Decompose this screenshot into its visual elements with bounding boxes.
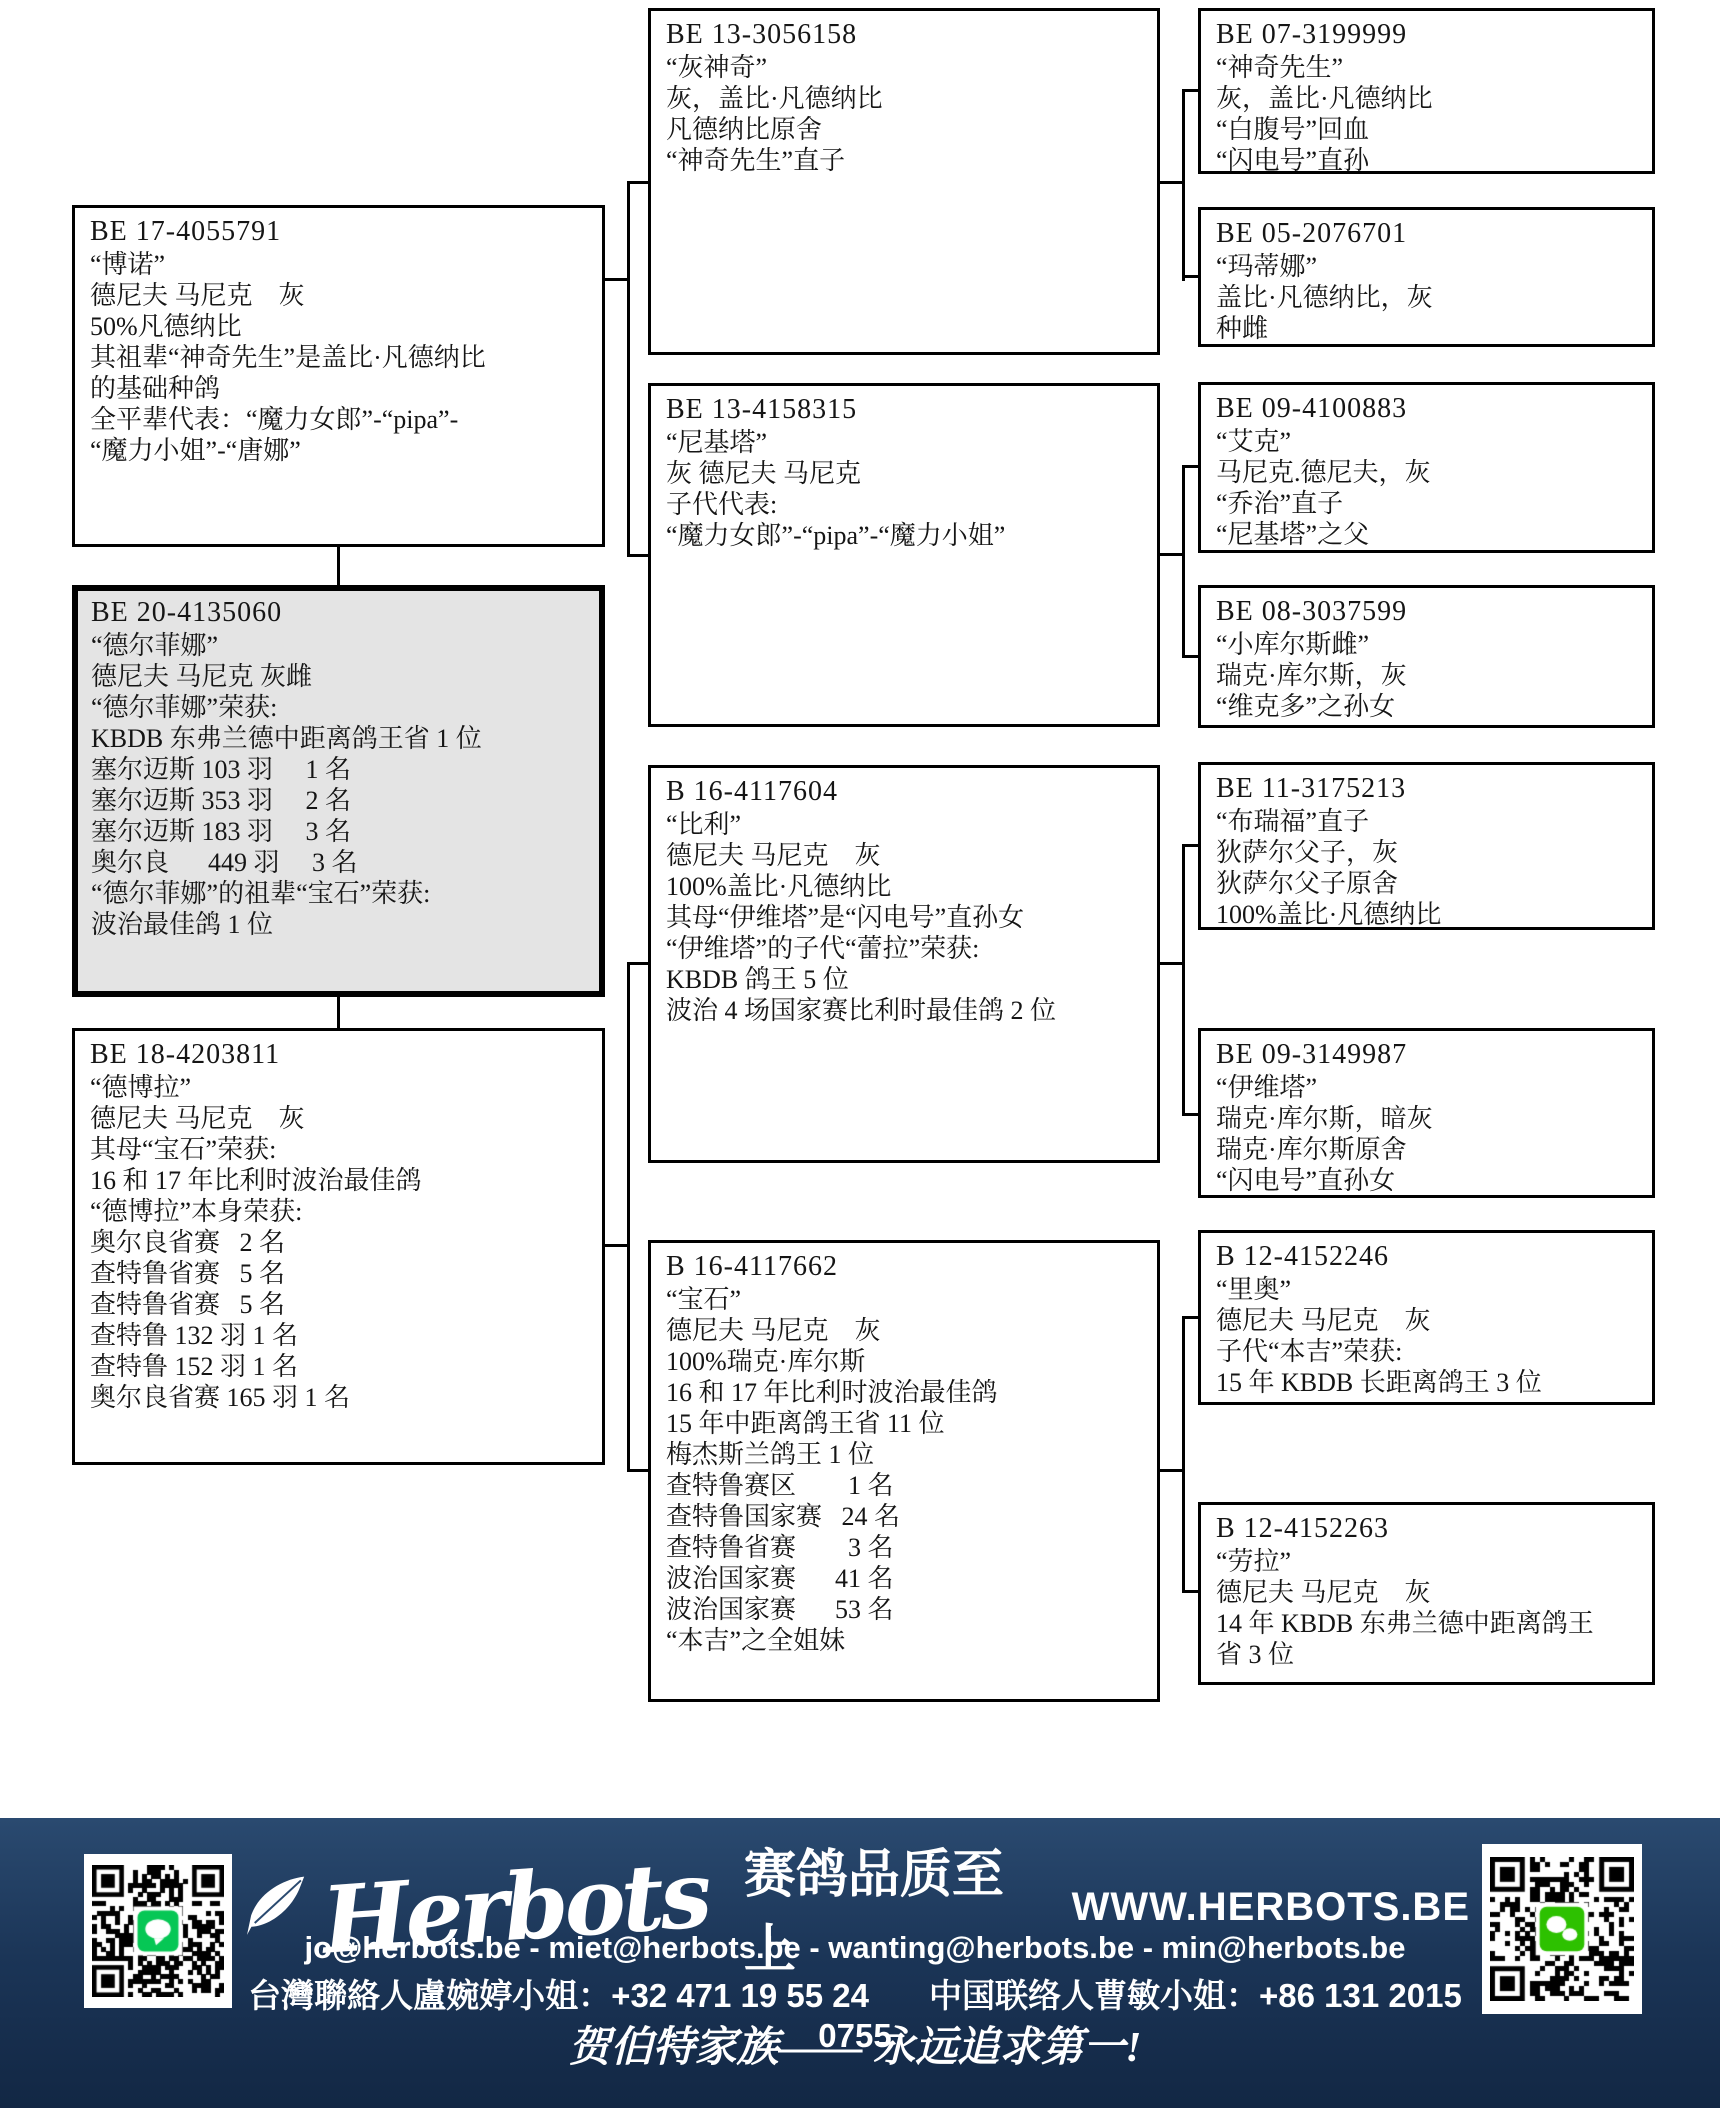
ring-number: BE 18-4203811 — [90, 1038, 592, 1072]
connector-line — [1182, 844, 1185, 1116]
pedigree-box-r8: B 12-4152263“劳拉”德尼夫 马尼克 灰14 年 KBDB 东弗兰德中… — [1198, 1502, 1655, 1685]
pedigree-text-line: 全平辈代表：“魔力女郎”-“pipa”- — [90, 404, 592, 435]
pedigree-text-line: 德尼夫 马尼克 灰雌 — [91, 661, 591, 692]
pedigree-text-line: 波治国家赛 41 名 — [666, 1563, 1147, 1594]
pedigree-text-line: “艾克” — [1216, 426, 1642, 457]
pedigree-text-line: 灰，盖比·凡德纳比 — [1216, 83, 1642, 114]
pedigree-text-line: 瑞克·库尔斯原舍 — [1216, 1134, 1642, 1165]
ring-number: BE 13-3056158 — [666, 18, 1147, 52]
pedigree-text-line: 查特鲁国家赛 24 名 — [666, 1501, 1147, 1532]
pedigree-text-line: 灰 德尼夫 马尼克 — [666, 458, 1147, 489]
connector-line — [627, 181, 648, 184]
pedigree-box-subject: BE 20-4135060“德尔菲娜”德尼夫 马尼克 灰雌“德尔菲娜”荣获:KB… — [72, 585, 605, 997]
pedigree-text-line: 查特鲁省赛 5 名 — [90, 1258, 592, 1289]
pedigree-text-line: “神奇先生”直子 — [666, 145, 1147, 176]
pedigree-text-line: “劳拉” — [1216, 1546, 1642, 1577]
line-qr-code — [84, 1854, 232, 2008]
connector-line — [1160, 553, 1184, 556]
pedigree-text-line: “尼基塔”之父 — [1216, 519, 1642, 550]
pedigree-text-line: KBDB 鸽王 5 位 — [666, 964, 1147, 995]
pedigree-text-line: 种雌 — [1216, 313, 1642, 344]
pedigree-text-line: “宝石” — [666, 1284, 1147, 1315]
pedigree-text-line: “本吉”之全姐妹 — [666, 1625, 1147, 1656]
pedigree-text-line: “小库尔斯雌” — [1216, 629, 1642, 660]
connector-line — [1160, 962, 1184, 965]
pedigree-text-line: 波治国家赛 53 名 — [666, 1594, 1147, 1625]
connector-line — [627, 962, 648, 965]
pedigree-box-r1: BE 07-3199999“神奇先生”灰，盖比·凡德纳比“白腹号”回血“闪电号”… — [1198, 8, 1655, 174]
pedigree-text-line: “维克多”之孙女 — [1216, 691, 1642, 722]
pedigree-text-line: 子代代表: — [666, 489, 1147, 520]
connector-line — [1182, 275, 1200, 278]
pedigree-text-line: 其母“伊维塔”是“闪电号”直孙女 — [666, 902, 1147, 933]
pedigree-text-line: “闪电号”直孙 — [1216, 145, 1642, 176]
pedigree-text-line: “伊维塔” — [1216, 1072, 1642, 1103]
pedigree-text-line: 盖比·凡德纳比，灰 — [1216, 282, 1642, 313]
pedigree-text-line: “博诺” — [90, 249, 592, 280]
ring-number: BE 07-3199999 — [1216, 18, 1642, 52]
connector-line — [1160, 1469, 1184, 1472]
pedigree-text-line: 奥尔良省赛 2 名 — [90, 1227, 592, 1258]
pedigree-text-line: 其祖辈“神奇先生”是盖比·凡德纳比 — [90, 342, 592, 373]
connector-line — [605, 278, 629, 281]
pedigree-text-line: 查特鲁赛区 1 名 — [666, 1470, 1147, 1501]
ring-number: BE 13-4158315 — [666, 393, 1147, 427]
pedigree-text-line: 狄萨尔父子原舍 — [1216, 868, 1642, 899]
connector-line — [1182, 1113, 1200, 1116]
pedigree-text-line: 波治最佳鸽 1 位 — [91, 909, 591, 940]
pedigree-text-line: “伊维塔”的子代“蕾拉”荣获: — [666, 933, 1147, 964]
connector-line — [1182, 655, 1200, 658]
ring-number: BE 09-3149987 — [1216, 1038, 1642, 1072]
pedigree-text-line: 德尼夫 马尼克 灰 — [90, 1103, 592, 1134]
pedigree-box-m4: B 16-4117662“宝石”德尼夫 马尼克 灰100%瑞克·库尔斯16 和 … — [648, 1240, 1160, 1702]
pedigree-text-line: “灰神奇” — [666, 52, 1147, 83]
pedigree-text-line: “德尔菲娜” — [91, 630, 591, 661]
connector-line — [1160, 181, 1184, 184]
connector-line — [1182, 89, 1185, 281]
pedigree-text-line: 省 3 位 — [1216, 1639, 1642, 1670]
footer-emails: jo@herbots.be - miet@herbots.be - wantin… — [240, 1930, 1470, 1966]
connector-line — [627, 962, 630, 1472]
pedigree-text-line: 塞尔迈斯 353 羽 2 名 — [91, 785, 591, 816]
connector-line — [627, 181, 630, 557]
pedigree-text-line: 其母“宝石”荣获: — [90, 1134, 592, 1165]
pedigree-text-line: “神奇先生” — [1216, 52, 1642, 83]
pedigree-text-line: 波治 4 场国家赛比利时最佳鸽 2 位 — [666, 995, 1147, 1026]
pedigree-text-line: 塞尔迈斯 183 羽 3 名 — [91, 816, 591, 847]
pedigree-text-line: “白腹号”回血 — [1216, 114, 1642, 145]
pedigree-text-line: 德尼夫 马尼克 灰 — [666, 840, 1147, 871]
pedigree-text-line: 塞尔迈斯 103 羽 1 名 — [91, 754, 591, 785]
pedigree-text-line: 15 年 KBDB 长距离鸽王 3 位 — [1216, 1367, 1642, 1398]
pedigree-text-line: 查特鲁省赛 3 名 — [666, 1532, 1147, 1563]
pedigree-text-line: 奥尔良 449 羽 3 名 — [91, 847, 591, 878]
pedigree-text-line: “德博拉”本身荣获: — [90, 1196, 592, 1227]
pedigree-text-line: 16 和 17 年比利时波治最佳鸽 — [666, 1377, 1147, 1408]
ring-number: B 12-4152263 — [1216, 1512, 1642, 1546]
ring-number: BE 09-4100883 — [1216, 392, 1642, 426]
connector-line — [1182, 465, 1185, 658]
connector-line — [337, 547, 340, 587]
pedigree-text-line: “德尔菲娜”的祖辈“宝石”荣获: — [91, 878, 591, 909]
pedigree-text-line: 50%凡德纳比 — [90, 311, 592, 342]
connector-line — [337, 995, 340, 1030]
connector-line — [1182, 465, 1200, 468]
wechat-qr-code — [1482, 1844, 1642, 2014]
pedigree-text-line: “玛蒂娜” — [1216, 251, 1642, 282]
pedigree-text-line: 查特鲁省赛 5 名 — [90, 1289, 592, 1320]
pedigree-text-line: 奥尔良省赛 165 羽 1 名 — [90, 1382, 592, 1413]
website-url: WWW.HERBOTS.BE — [1072, 1885, 1470, 1930]
pedigree-text-line: 15 年中距离鸽王省 11 位 — [666, 1408, 1147, 1439]
pedigree-box-dam: BE 18-4203811“德博拉”德尼夫 马尼克 灰其母“宝石”荣获:16 和… — [72, 1028, 605, 1465]
pedigree-text-line: 100%盖比·凡德纳比 — [666, 871, 1147, 902]
ring-number: BE 08-3037599 — [1216, 595, 1642, 629]
pedigree-text-line: “德博拉” — [90, 1072, 592, 1103]
pedigree-box-m1: BE 13-3056158“灰神奇”灰，盖比·凡德纳比凡德纳比原舍“神奇先生”直… — [648, 8, 1160, 355]
pedigree-box-m3: B 16-4117604“比利”德尼夫 马尼克 灰100%盖比·凡德纳比其母“伊… — [648, 765, 1160, 1163]
pedigree-text-line: 16 和 17 年比利时波治最佳鸽 — [90, 1165, 592, 1196]
pedigree-text-line: KBDB 东弗兰德中距离鸽王省 1 位 — [91, 723, 591, 754]
contact-taiwan: 台灣聯絡人盧婉婷小姐：+32 471 19 55 24 — [248, 1977, 869, 2014]
pedigree-text-line: 瑞克·库尔斯，暗灰 — [1216, 1103, 1642, 1134]
line-qr-canvas — [92, 1865, 224, 1997]
pedigree-text-line: 瑞克·库尔斯，灰 — [1216, 660, 1642, 691]
pedigree-chart: BE 17-4055791“博诺”德尼夫 马尼克 灰50%凡德纳比其祖辈“神奇先… — [0, 0, 1720, 2108]
pedigree-text-line: 德尼夫 马尼克 灰 — [90, 280, 592, 311]
connector-line — [627, 554, 648, 557]
footer-banner: Herbots 赛鸽品质至上 WWW.HERBOTS.BE jo@herbots… — [0, 1818, 1720, 2108]
connector-line — [605, 1244, 629, 1247]
pedigree-text-line: 梅杰斯兰鸽王 1 位 — [666, 1439, 1147, 1470]
pedigree-text-line: “尼基塔” — [666, 427, 1147, 458]
ring-number: BE 17-4055791 — [90, 215, 592, 249]
ring-number: BE 05-2076701 — [1216, 217, 1642, 251]
pedigree-text-line: “德尔菲娜”荣获: — [91, 692, 591, 723]
pedigree-text-line: 100%盖比·凡德纳比 — [1216, 899, 1642, 930]
pedigree-box-r2: BE 05-2076701“玛蒂娜”盖比·凡德纳比，灰种雌 — [1198, 207, 1655, 347]
pedigree-box-r7: B 12-4152246“里奥”德尼夫 马尼克 灰子代“本吉”荣获:15 年 K… — [1198, 1230, 1655, 1405]
pedigree-text-line: 德尼夫 马尼克 灰 — [666, 1315, 1147, 1346]
pedigree-text-line: 14 年 KBDB 东弗兰德中距离鸽王 — [1216, 1608, 1642, 1639]
pedigree-box-r5: BE 11-3175213“布瑞福”直子狄萨尔父子，灰狄萨尔父子原舍100%盖比… — [1198, 762, 1655, 930]
connector-line — [1182, 1590, 1200, 1593]
pedigree-text-line: 灰，盖比·凡德纳比 — [666, 83, 1147, 114]
pedigree-box-r4: BE 08-3037599“小库尔斯雌”瑞克·库尔斯，灰“维克多”之孙女 — [1198, 585, 1655, 728]
pedigree-text-line: 查特鲁 132 羽 1 名 — [90, 1320, 592, 1351]
pedigree-box-r3: BE 09-4100883“艾克”马尼克.德尼夫，灰“乔治”直子“尼基塔”之父 — [1198, 382, 1655, 553]
pedigree-box-m2: BE 13-4158315“尼基塔”灰 德尼夫 马尼克子代代表:“魔力女郎”-“… — [648, 383, 1160, 727]
pedigree-box-sire: BE 17-4055791“博诺”德尼夫 马尼克 灰50%凡德纳比其祖辈“神奇先… — [72, 205, 605, 547]
connector-line — [1182, 1316, 1185, 1593]
pedigree-text-line: 100%瑞克·库尔斯 — [666, 1346, 1147, 1377]
pedigree-text-line: 狄萨尔父子，灰 — [1216, 837, 1642, 868]
pedigree-text-line: 德尼夫 马尼克 灰 — [1216, 1305, 1642, 1336]
connector-line — [627, 1469, 648, 1472]
ring-number: B 16-4117662 — [666, 1250, 1147, 1284]
pedigree-text-line: “比利” — [666, 809, 1147, 840]
pedigree-text-line: “乔治”直子 — [1216, 488, 1642, 519]
footer-slogan: 贺伯特家族—— 永远追求第一! — [240, 2014, 1470, 2074]
pedigree-text-line: 凡德纳比原舍 — [666, 114, 1147, 145]
ring-number: BE 20-4135060 — [91, 596, 591, 630]
pedigree-text-line: “布瑞福”直子 — [1216, 806, 1642, 837]
ring-number: B 12-4152246 — [1216, 1240, 1642, 1274]
pedigree-box-r6: BE 09-3149987“伊维塔”瑞克·库尔斯，暗灰瑞克·库尔斯原舍“闪电号”… — [1198, 1028, 1655, 1198]
connector-line — [1182, 89, 1200, 92]
pedigree-text-line: 德尼夫 马尼克 灰 — [1216, 1577, 1642, 1608]
connector-line — [1182, 844, 1200, 847]
pedigree-text-line: 马尼克.德尼夫，灰 — [1216, 457, 1642, 488]
pedigree-text-line: “闪电号”直孙女 — [1216, 1165, 1642, 1196]
pedigree-text-line: 子代“本吉”荣获: — [1216, 1336, 1642, 1367]
pedigree-text-line: “魔力女郎”-“pipa”-“魔力小姐” — [666, 520, 1147, 551]
pedigree-text-line: 的基础种鸽 — [90, 373, 592, 404]
connector-line — [1182, 1316, 1200, 1319]
ring-number: BE 11-3175213 — [1216, 772, 1642, 806]
pedigree-text-line: 查特鲁 152 羽 1 名 — [90, 1351, 592, 1382]
wechat-qr-canvas — [1490, 1857, 1634, 2001]
ring-number: B 16-4117604 — [666, 775, 1147, 809]
pedigree-text-line: “魔力小姐”-“唐娜” — [90, 435, 592, 466]
pedigree-text-line: “里奥” — [1216, 1274, 1642, 1305]
